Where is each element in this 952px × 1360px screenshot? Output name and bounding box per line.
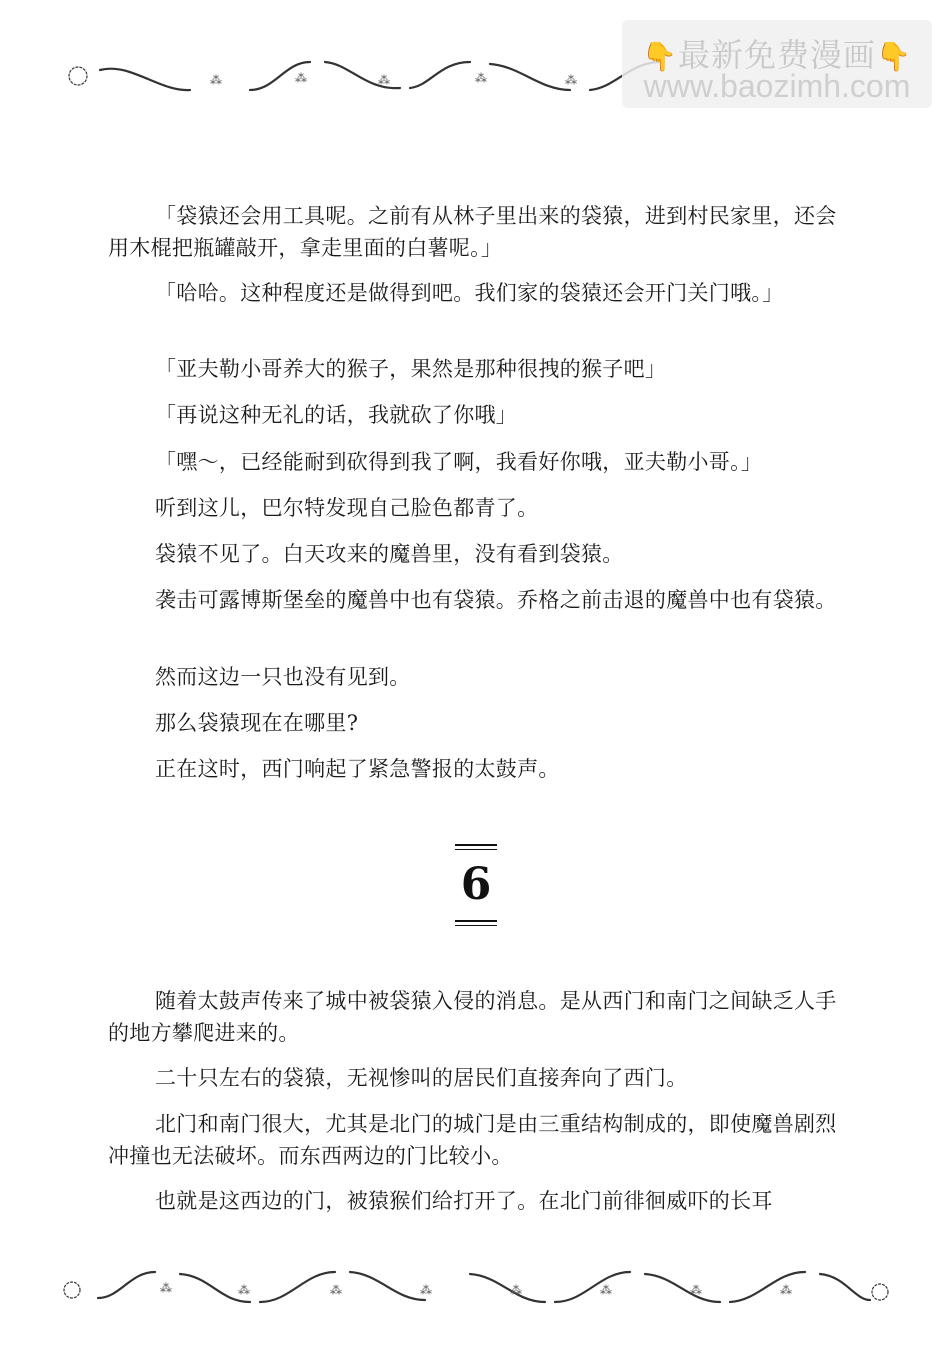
watermark-banner: 👇最新免费漫画👇 www.baozimh.com <box>622 20 932 108</box>
svg-text:⁂: ⁂ <box>210 73 222 87</box>
paragraph: 袭击可露博斯堡垒的魔兽中也有袋猿。乔格之前击退的魔兽中也有袋猿。 <box>108 584 848 616</box>
svg-text:⁂: ⁂ <box>475 71 487 85</box>
paragraph: 那么袋猿现在在哪里? <box>108 707 848 739</box>
chapter-number: 6 <box>455 850 497 920</box>
paragraph: 正在这时，西门响起了紧急警报的太鼓声。 <box>108 753 848 785</box>
svg-text:⁂: ⁂ <box>160 1281 172 1295</box>
paragraph: 听到这儿，巴尔特发现自己脸色都青了。 <box>108 492 848 524</box>
bottom-ornament-border: ⁂⁂ ⁂⁂ ⁂⁂ ⁂⁂ <box>60 1262 890 1312</box>
paragraph: 「再说这种无礼的话，我就砍了你哦」 <box>108 399 848 431</box>
paragraph: 「哈哈。这种程度还是做得到吧。我们家的袋猿还会开门关门哦。」 <box>108 277 848 309</box>
svg-text:⁂: ⁂ <box>690 1283 702 1297</box>
paragraph: 随着太鼓声传来了城中被袋猿入侵的消息。是从西门和南门之间缺乏人手的地方攀爬进来的… <box>108 985 848 1049</box>
watermark-url: www.baozimh.com <box>622 68 932 105</box>
svg-text:⁂: ⁂ <box>780 1283 792 1297</box>
svg-text:⁂: ⁂ <box>330 1283 342 1297</box>
svg-text:⁂: ⁂ <box>565 73 577 87</box>
svg-text:⁂: ⁂ <box>378 73 390 87</box>
paragraph: 北门和南门很大，尤其是北门的城门是由三重结构制成的，即使魔兽剧烈冲撞也无法破坏。… <box>108 1108 848 1172</box>
svg-text:⁂: ⁂ <box>420 1283 432 1297</box>
svg-text:⁂: ⁂ <box>238 1283 250 1297</box>
paragraph: 「嘿～，已经能耐到砍得到我了啊，我看好你哦，亚夫勒小哥。」 <box>108 446 848 478</box>
svg-text:⁂: ⁂ <box>295 71 307 85</box>
paragraph: 袋猿不见了。白天攻来的魔兽里，没有看到袋猿。 <box>108 538 848 570</box>
paragraph: 也就是这西边的门，被猿猴们给打开了。在北门前徘徊威吓的长耳 <box>108 1185 848 1217</box>
paragraph: 然而这边一只也没有见到。 <box>108 661 848 693</box>
chapter-rule-bottom <box>455 920 497 926</box>
paragraph: 「亚夫勒小哥养大的猴子，果然是那种很拽的猴子吧」 <box>108 353 848 385</box>
paragraph: 「袋猿还会用工具呢。之前有从林子里出来的袋猿，进到村民家里，还会用木棍把瓶罐敲开… <box>108 200 848 264</box>
chapter-heading: 6 <box>455 844 497 926</box>
svg-text:⁂: ⁂ <box>600 1283 612 1297</box>
paragraph: 二十只左右的袋猿，无视惨叫的居民们直接奔向了西门。 <box>108 1062 848 1094</box>
svg-text:⁂: ⁂ <box>510 1283 522 1297</box>
